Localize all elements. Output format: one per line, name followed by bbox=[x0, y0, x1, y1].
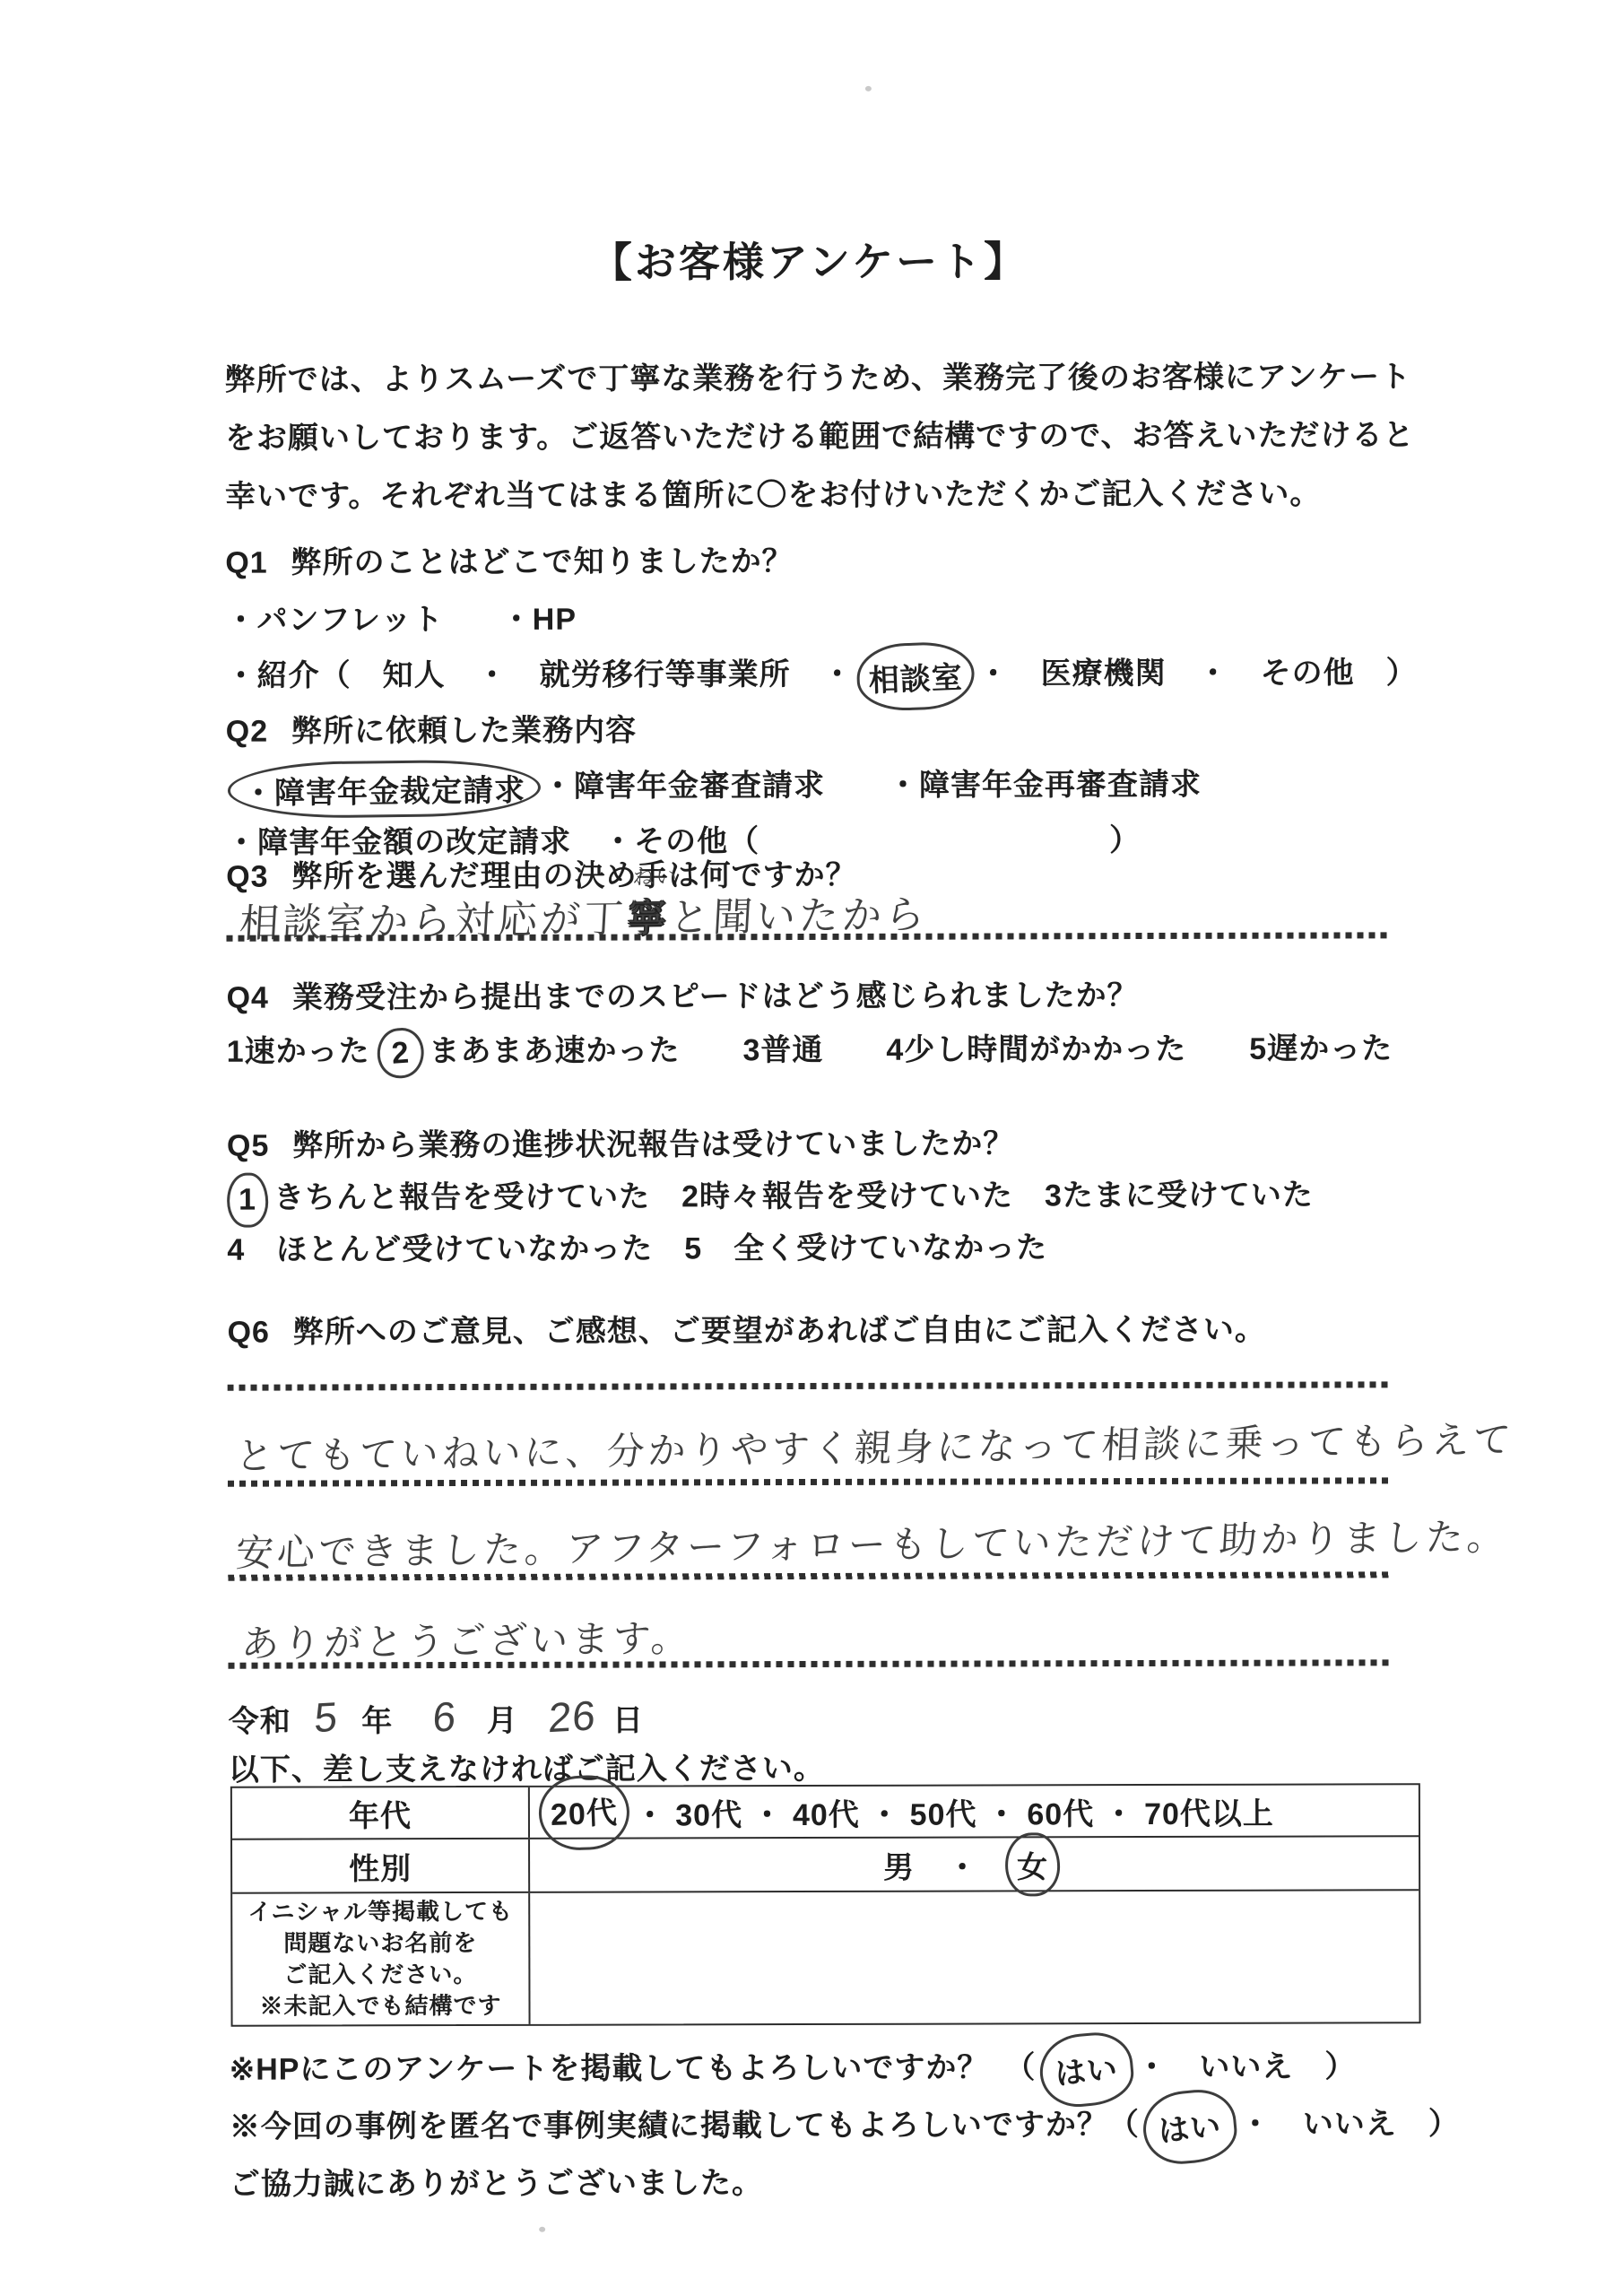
intro-text: 弊所では、よりスムーズで丁寧な業務を行うため、業務完了後のお客様にアンケートをお… bbox=[225, 348, 1432, 526]
gender-selected: 女 bbox=[1005, 1832, 1060, 1896]
q4-options-rest: まあまあ速かった 3普通 4少し時間がかかった 5遅かった bbox=[429, 1031, 1393, 1068]
date-year-label: 年 bbox=[361, 1704, 393, 1738]
q4-option-1: 1速かった bbox=[227, 1034, 370, 1068]
case-consent-suffix: ・ いいえ ） bbox=[1240, 2107, 1460, 2142]
q5-options-row2: 4 ほとんど受けていなかった 5 全く受けていなかった bbox=[227, 1222, 1047, 1268]
q4-number: Q4 bbox=[227, 981, 269, 1016]
gender-circled-label: 女 bbox=[1017, 1842, 1048, 1886]
age-options-cell: 20代・ 30代 ・ 40代 ・ 50代 ・ 60代 ・ 70代以上 bbox=[530, 1785, 1419, 1838]
scan-artifact-dot bbox=[865, 86, 872, 91]
hp-consent-row: ※HPにこのアンケートを掲載してもよろしいですか？ （はい・ いいえ ） bbox=[230, 2041, 1357, 2095]
q6-question: 弊所へのご意見、ご感想、ご要望があればご自由にご記入ください。 bbox=[293, 1313, 1266, 1350]
scan-artifact-dot bbox=[539, 2227, 545, 2232]
case-consent-row: ※今回の事例を匿名で事例実績に掲載してもよろしいですか？（はい・ いいえ ） bbox=[230, 2099, 1460, 2152]
q4-question: 業務受注から提出までのスピードはどう感じられましたか？ bbox=[292, 978, 1139, 1014]
name-header-line1: イニシャル等掲載しても bbox=[247, 1896, 513, 1928]
hp-consent-suffix: ・ いいえ ） bbox=[1136, 2049, 1356, 2084]
q4-options-row: 1速かった 2まあまあ速かった 3普通 4少し時間がかかった 5遅かった bbox=[227, 1023, 1393, 1074]
q6-heading: Q6弊所へのご意見、ご感想、ご要望があればご自由にご記入ください。 bbox=[227, 1305, 1265, 1352]
gender-header-cell: 性別 bbox=[232, 1839, 530, 1892]
date-day-handwritten: 26 bbox=[548, 1691, 598, 1742]
q2-selected-service: ・障害年金裁定請求 bbox=[228, 759, 542, 819]
respondent-info-table: 年代 20代・ 30代 ・ 40代 ・ 50代 ・ 60代 ・ 70代以上 性別… bbox=[230, 1783, 1421, 2026]
q3-number: Q3 bbox=[226, 860, 268, 895]
q5-question: 弊所から業務の進捗状況報告は受けていましたか？ bbox=[292, 1126, 1014, 1162]
q2-heading: Q2弊所に依頼した業務内容 bbox=[226, 706, 637, 751]
q1-option-hp: ・HP bbox=[501, 603, 577, 637]
q5-circled-number: 1 bbox=[239, 1182, 256, 1217]
q1-options-row1: ・パンフレット・HP bbox=[225, 595, 577, 639]
q6-handwritten-line3: ありがとうございます。 bbox=[240, 1609, 694, 1669]
q1-number: Q1 bbox=[225, 546, 267, 581]
table-row-name: イニシャル等掲載しても 問題ないお名前を ご記入ください。 ※未記入でも結構です bbox=[232, 1891, 1419, 2024]
q2-options-row1: ・障害年金裁定請求・障害年金審査請求 ・障害年金再審査請求 bbox=[226, 760, 1202, 812]
q5-options-row1: 1きちんと報告を受けていた 2時々報告を受けていた 3たまに受けていた bbox=[227, 1170, 1314, 1221]
q1-heading: Q1弊所のことはどこで知りましたか？ bbox=[225, 536, 793, 582]
table-row-gender: 性別 男・女 bbox=[232, 1837, 1419, 1893]
date-day-label: 日 bbox=[612, 1703, 644, 1737]
name-header-line4: ※未記入でも結構です bbox=[259, 1990, 501, 2022]
page-content: 【お客様アンケート】 弊所では、よりスムーズで丁寧な業務を行うため、業務完了後の… bbox=[0, 0, 1623, 2296]
q1-referral-prefix: ・紹介（ 知人 ・ 就労移行等事業所 ・ bbox=[226, 657, 854, 693]
q3-furigana: ねい bbox=[632, 858, 679, 891]
date-month-handwritten: 6 bbox=[431, 1692, 457, 1742]
case-consent-circled-label: はい bbox=[1157, 2100, 1223, 2150]
gender-separator-dot: ・ bbox=[947, 1842, 978, 1886]
fill-in-note: 以下、差し支えなければご記入ください。 bbox=[229, 1744, 825, 1789]
page-title: 【お客様アンケート】 bbox=[0, 228, 1620, 291]
q1-referral-suffix: ・ 医療機関 ・ その他 ） bbox=[978, 656, 1418, 691]
q6-handwritten-line2: 安心できました。アフターフォローもしていただけて助かりました。 bbox=[235, 1508, 1510, 1578]
answer-line bbox=[228, 1477, 1389, 1486]
q4-heading: Q4業務受注から提出までのスピードはどう感じられましたか？ bbox=[226, 970, 1138, 1017]
date-row: 令和5年6月26日 bbox=[229, 1692, 644, 1741]
name-header-line3: ご記入ください。 bbox=[283, 1959, 477, 1991]
q5-heading: Q5弊所から業務の進捗状況報告は受けていましたか？ bbox=[227, 1118, 1014, 1164]
case-consent-selected: はい bbox=[1140, 2086, 1239, 2167]
q1-selected-referral-source: 相談室 bbox=[855, 640, 976, 712]
answer-line bbox=[228, 1381, 1389, 1390]
q5-selected-rating: 1 bbox=[227, 1172, 268, 1227]
q2-question: 弊所に依頼した業務内容 bbox=[291, 714, 637, 749]
gender-options-cell: 男・女 bbox=[530, 1837, 1419, 1892]
q1-options-row2: ・紹介（ 知人 ・ 就労移行等事業所 ・相談室・ 医療機関 ・ その他 ） bbox=[226, 648, 1418, 702]
name-header-cell: イニシャル等掲載しても 問題ないお名前を ご記入ください。 ※未記入でも結構です bbox=[232, 1893, 530, 2025]
date-month-label: 月 bbox=[487, 1704, 518, 1738]
q1-option-pamphlet: ・パンフレット bbox=[225, 603, 443, 638]
case-consent-question: ※今回の事例を匿名で事例実績に掲載してもよろしいですか？（ bbox=[230, 2108, 1140, 2144]
date-era-label: 令和 bbox=[229, 1705, 291, 1739]
q5-options-rest: きちんと報告を受けていた 2時々報告を受けていた 3たまに受けていた bbox=[273, 1178, 1314, 1215]
age-circled-label: 20代 bbox=[550, 1787, 619, 1834]
q1-question: 弊所のことはどこで知りましたか？ bbox=[291, 544, 794, 579]
hp-consent-question: ※HPにこのアンケートを掲載してもよろしいですか？ （ bbox=[230, 2050, 1037, 2086]
q2-other-close-paren: ） bbox=[1109, 823, 1141, 857]
q6-number: Q6 bbox=[227, 1316, 269, 1351]
q1-referral-circled-label: 相談室 bbox=[868, 652, 964, 700]
gender-option-male: 男 bbox=[883, 1842, 915, 1886]
scanned-survey-page: 【お客様アンケート】 弊所では、よりスムーズで丁寧な業務を行うため、業務完了後の… bbox=[0, 0, 1623, 2296]
q4-circled-number: 2 bbox=[390, 1035, 411, 1071]
q4-selected-rating: 2 bbox=[375, 1026, 425, 1080]
q6-handwritten-line1: とてもていねいに、分かりやすく親身になって相談に乗ってもらえて bbox=[234, 1410, 1515, 1481]
q5-number: Q5 bbox=[227, 1129, 269, 1164]
closing-message: ご協力誠にありがとうございました。 bbox=[230, 2158, 763, 2204]
q2-options-rest: ・障害年金審査請求 ・障害年金再審査請求 bbox=[542, 768, 1202, 804]
age-options-rest: ・ 30代 ・ 40代 ・ 50代 ・ 60代 ・ 70代以上 bbox=[635, 1788, 1274, 1834]
table-row-age: 年代 20代・ 30代 ・ 40代 ・ 50代 ・ 60代 ・ 70代以上 bbox=[232, 1785, 1419, 1839]
age-header-cell: 年代 bbox=[232, 1787, 530, 1839]
q2-service-circled-label: ・障害年金裁定請求 bbox=[243, 765, 526, 813]
name-header-line2: 問題ないお名前を bbox=[283, 1927, 477, 1960]
hp-consent-circled-label: はい bbox=[1053, 2044, 1119, 2093]
hp-consent-selected: はい bbox=[1037, 2029, 1136, 2109]
date-year-handwritten: 5 bbox=[313, 1692, 339, 1743]
name-entry-cell-empty bbox=[530, 1891, 1419, 2024]
q2-number: Q2 bbox=[226, 715, 268, 750]
